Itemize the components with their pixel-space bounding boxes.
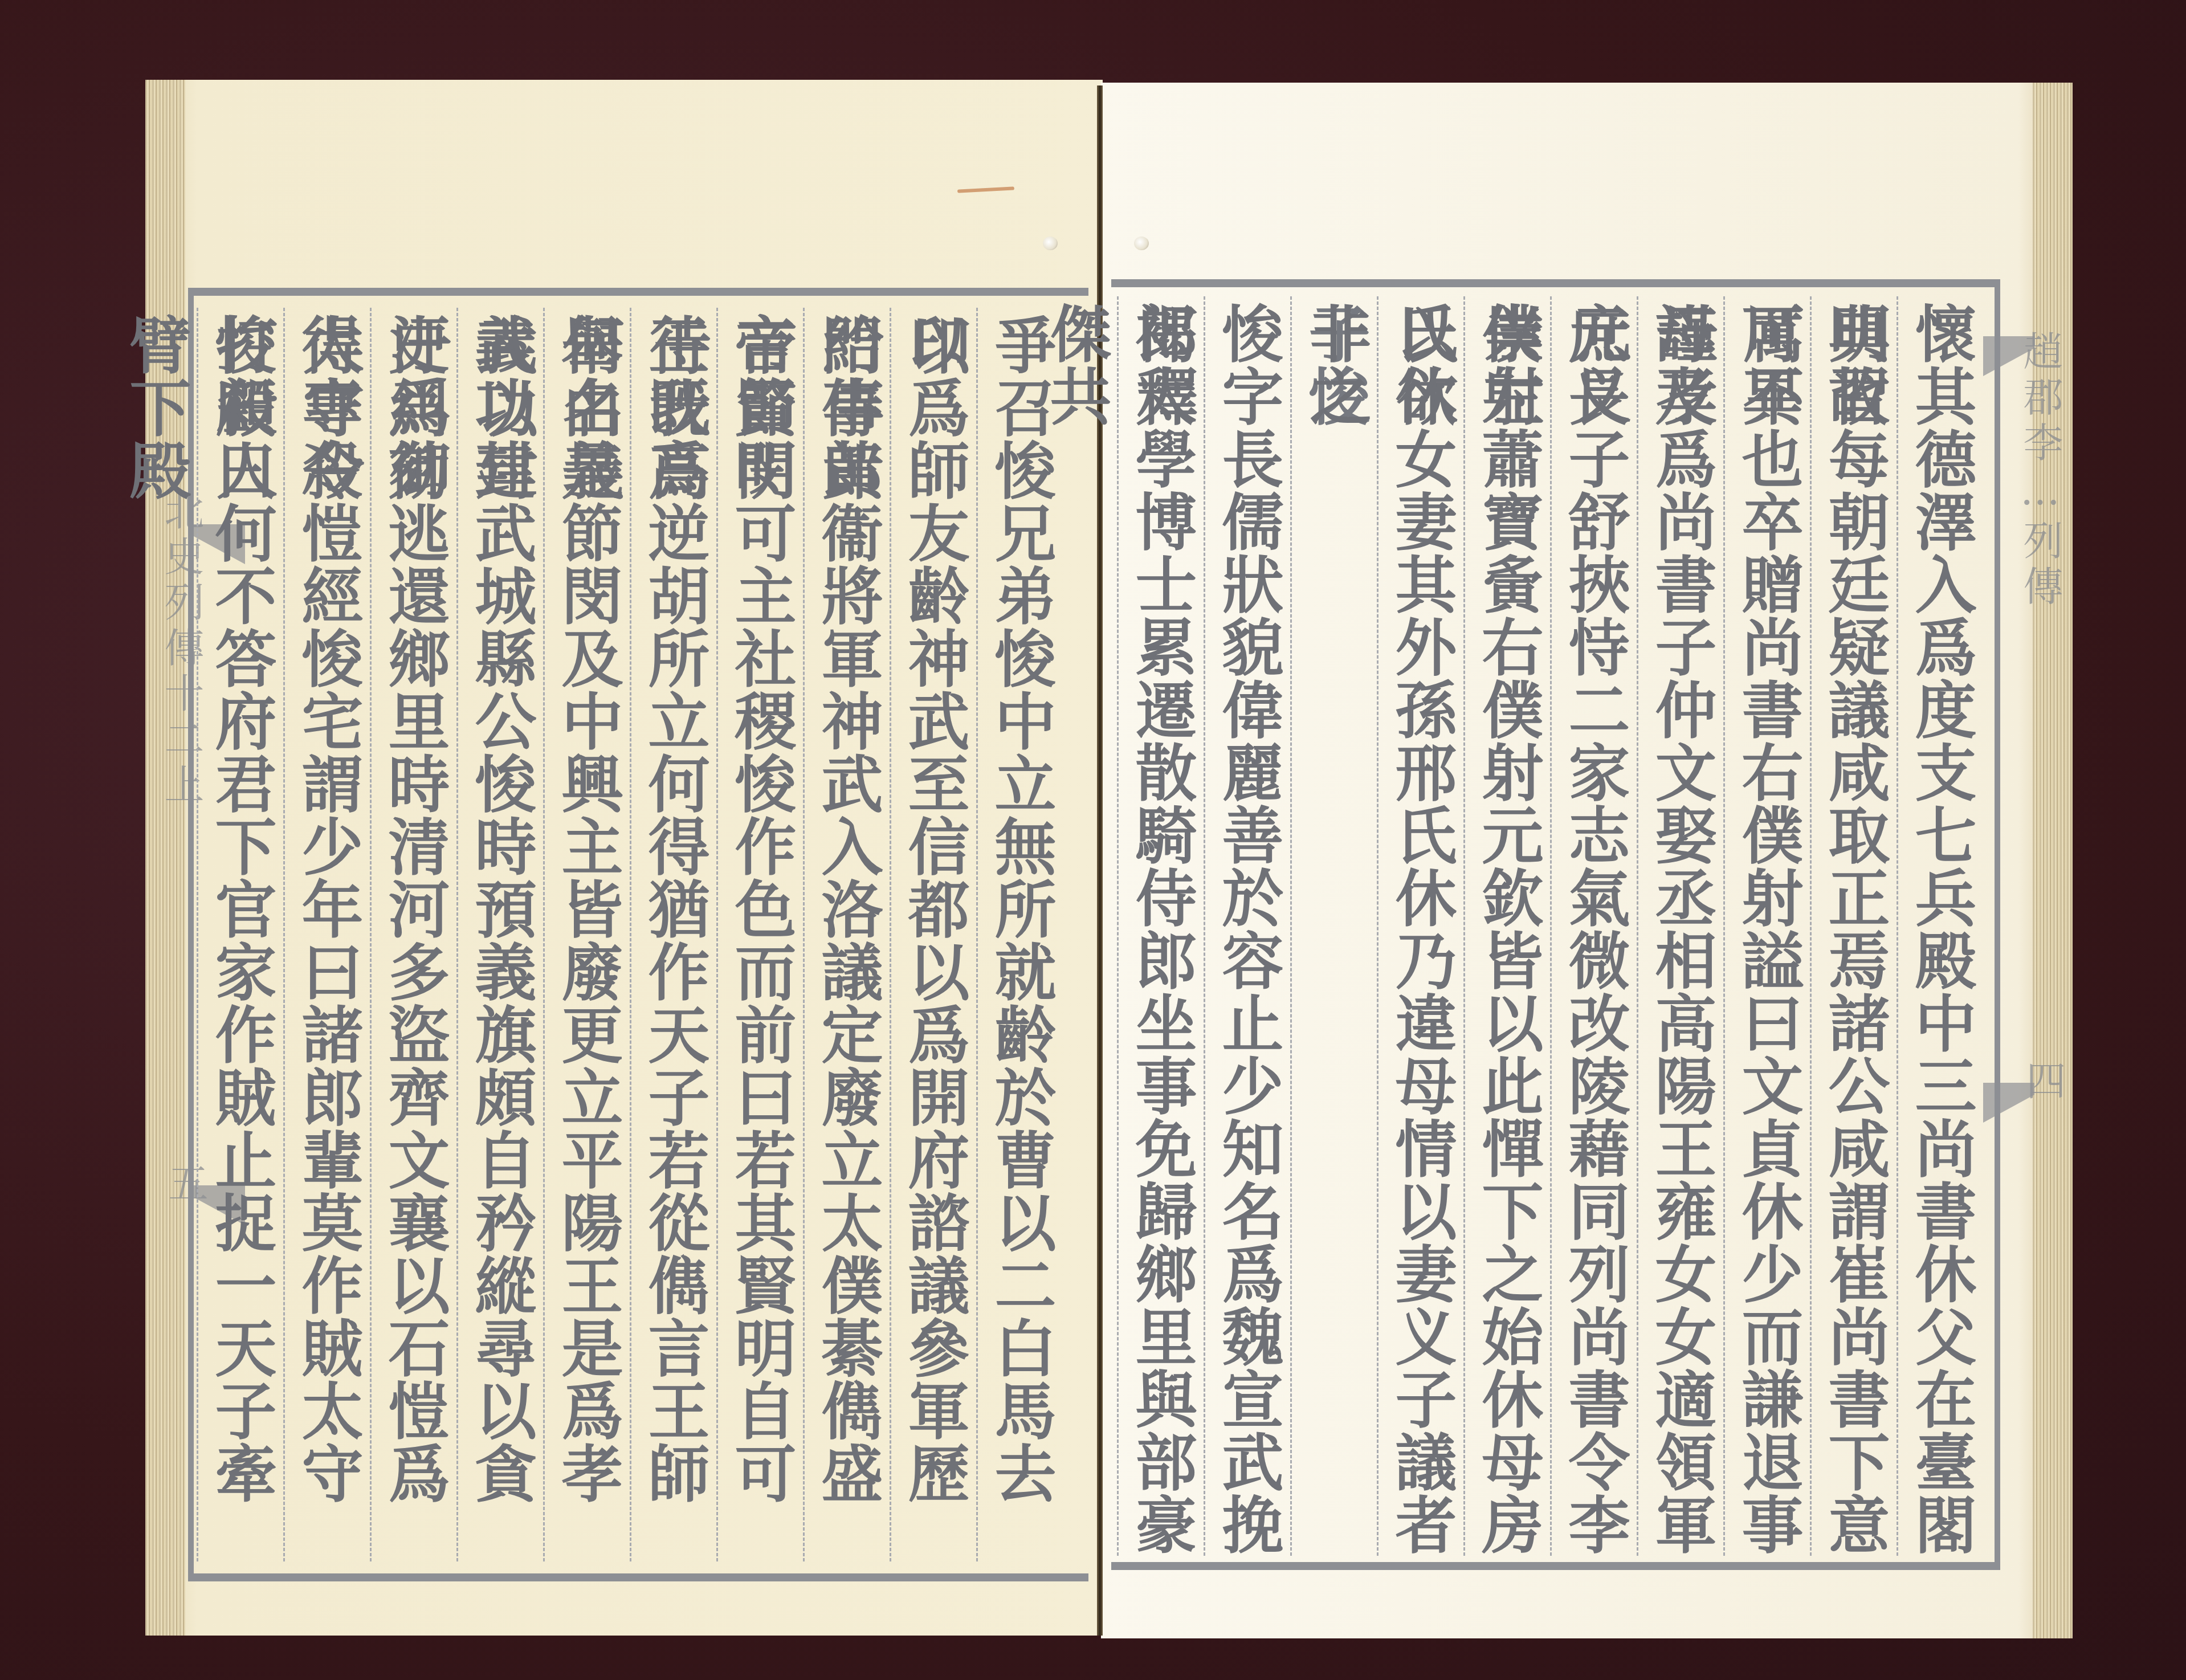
right-page-text: 懷其德澤入爲度支七兵殿中三尚書休父在臺閣明習 典故每朝廷疑議咸取正焉諸公咸謂崔尚…: [1117, 296, 1983, 1556]
right-column-4: 謹及爲尚書子仲文娶丞相高陽王雍女女適領軍元义: [1637, 296, 1723, 1556]
left-column-2: 以爲師友齡神武至信都以爲開府諮議參軍歷給事黃: [890, 308, 976, 1561]
right-column-10: 褐太學博士累遷散騎侍郎坐事免歸鄉里與部豪傑共: [1117, 296, 1204, 1556]
left-column-1: 爭召悛兄弟悛中立無所就齡於曹以二白馬去印: [976, 308, 1063, 1561]
right-column-2: 典故每朝廷疑議咸取正焉諸公咸謂崔尚書下意厲不: [1810, 296, 1897, 1556]
right-column-1: 懷其德澤入爲度支七兵殿中三尚書休父在臺閣明習: [1897, 296, 1983, 1556]
right-column-7: 以休女妻其外孫邢氏休乃違母情以妻义子議者非之: [1377, 296, 1463, 1556]
right-column-3: 可異也卒贈尚書右僕射謚曰文貞休少而謙退事母孝: [1723, 296, 1810, 1556]
binding-hole-left: [1043, 236, 1058, 250]
right-column-5: 庶長子舒挾恃二家志氣微改陵藉同列尚書令李崇左: [1550, 296, 1637, 1556]
right-column-9: 悛字長儒狀貌偉麗善於容止少知名爲魏宣武挽郎釋: [1204, 296, 1290, 1556]
right-banxin-title: 趙郡李…列傳: [2012, 331, 2069, 611]
right-page-fore-edge: [2033, 83, 2073, 1638]
binding-hole-right: [1134, 236, 1149, 250]
right-column-6: 僕射蕭寶夤右僕射元欽皆以此憚下之始休母房氏欲: [1463, 296, 1550, 1556]
left-page-text: 爭召悛兄弟悛中立無所就齡於曹以二白馬去印 以爲師友齡神武至信都以爲開府諮議參軍歷…: [197, 308, 1063, 1561]
section-heading-zi-jun: 子悛: [1290, 296, 1377, 1556]
